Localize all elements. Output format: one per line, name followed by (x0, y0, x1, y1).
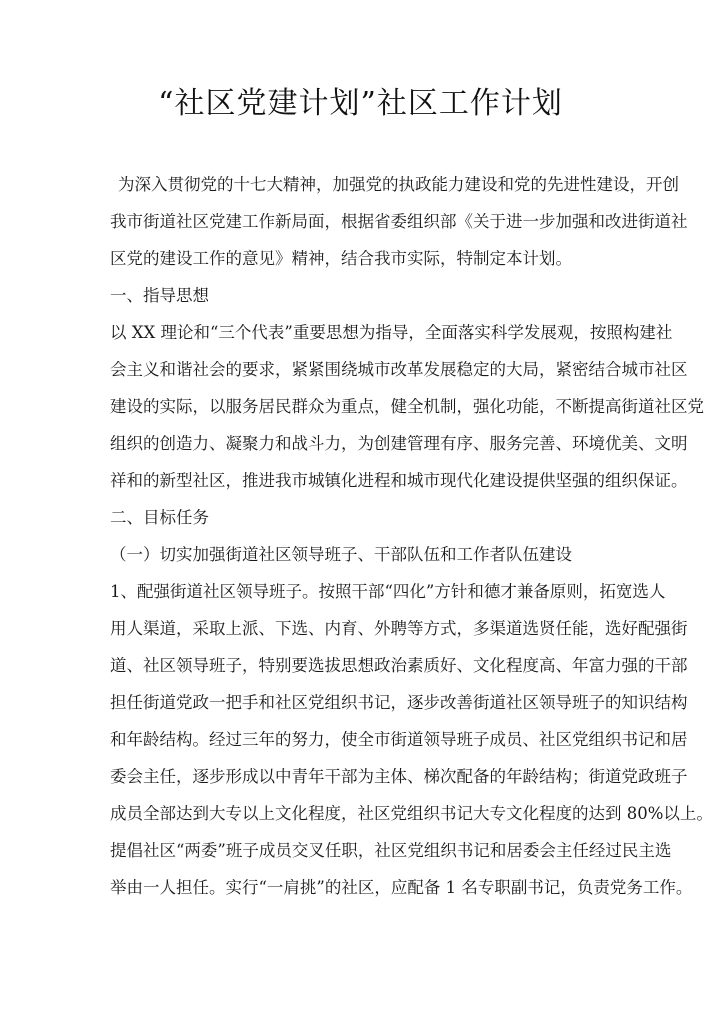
text-line: 会主义和谐社会的要求，紧紧围绕城市改革发展稳定的大局，紧密结合城市社区 (110, 359, 615, 381)
text-line: 我市街道社区党建工作新局面，根据省委组织部《关于进一步加强和改进街道社 (110, 211, 615, 233)
text-line: 委会主任，逐步形成以中青年干部为主体、梯次配备的年龄结构；街道党政班子 (110, 766, 615, 788)
text-line: 祥和的新型社区，推进我市城镇化进程和城市现代化建设提供坚强的组织保证。 (110, 470, 615, 492)
text-line: 组织的创造力、凝聚力和战斗力，为创建管理有序、服务完善、环境优美、文明 (110, 433, 615, 455)
text-line: 1、配强街道社区领导班子。按照干部“四化”方针和德才兼备原则，拓宽选人 (110, 581, 615, 603)
text-line: 为深入贯彻党的十七大精神，加强党的执政能力建设和党的先进性建设，开创 (118, 174, 615, 196)
document-page: “社区党建计划”社区工作计划 为深入贯彻党的十七大精神，加强党的执政能力建设和党… (0, 0, 721, 1020)
document-title: “社区党建计划”社区工作计划 (0, 84, 721, 124)
text-line: 用人渠道，采取上派、下选、内育、外聘等方式，多渠道选贤任能，选好配强街 (110, 618, 615, 640)
text-line: 担任街道党政一把手和社区党组织书记，逐步改善街道社区领导班子的知识结构 (110, 692, 615, 714)
text-line: 道、社区领导班子，特别要选拔思想政治素质好、文化程度高、年富力强的干部 (110, 655, 615, 677)
text-line: （一）切实加强街道社区领导班子、干部队伍和工作者队伍建设 (110, 544, 615, 566)
text-line: 一、指导思想 (110, 285, 615, 307)
text-line: 和年龄结构。经过三年的努力，使全市街道领导班子成员、社区党组织书记和居 (110, 729, 615, 751)
text-line: 建设的实际，以服务居民群众为重点，健全机制，强化功能，不断提高街道社区党 (110, 396, 615, 418)
text-line: 以 XX 理论和“三个代表”重要思想为指导，全面落实科学发展观，按照构建社 (110, 322, 615, 344)
text-line: 提倡社区“两委”班子成员交叉任职，社区党组织书记和居委会主任经过民主选 (110, 840, 615, 862)
text-line: 举由一人担任。实行“一肩挑”的社区，应配备 1 名专职副书记，负责党务工作。 (110, 877, 615, 899)
text-line: 二、目标任务 (110, 507, 615, 529)
text-line: 区党的建设工作的意见》精神，结合我市实际，特制定本计划。 (110, 248, 615, 270)
text-line: 成员全部达到大专以上文化程度，社区党组织书记大专文化程度的达到 80%以上。 (110, 803, 615, 825)
